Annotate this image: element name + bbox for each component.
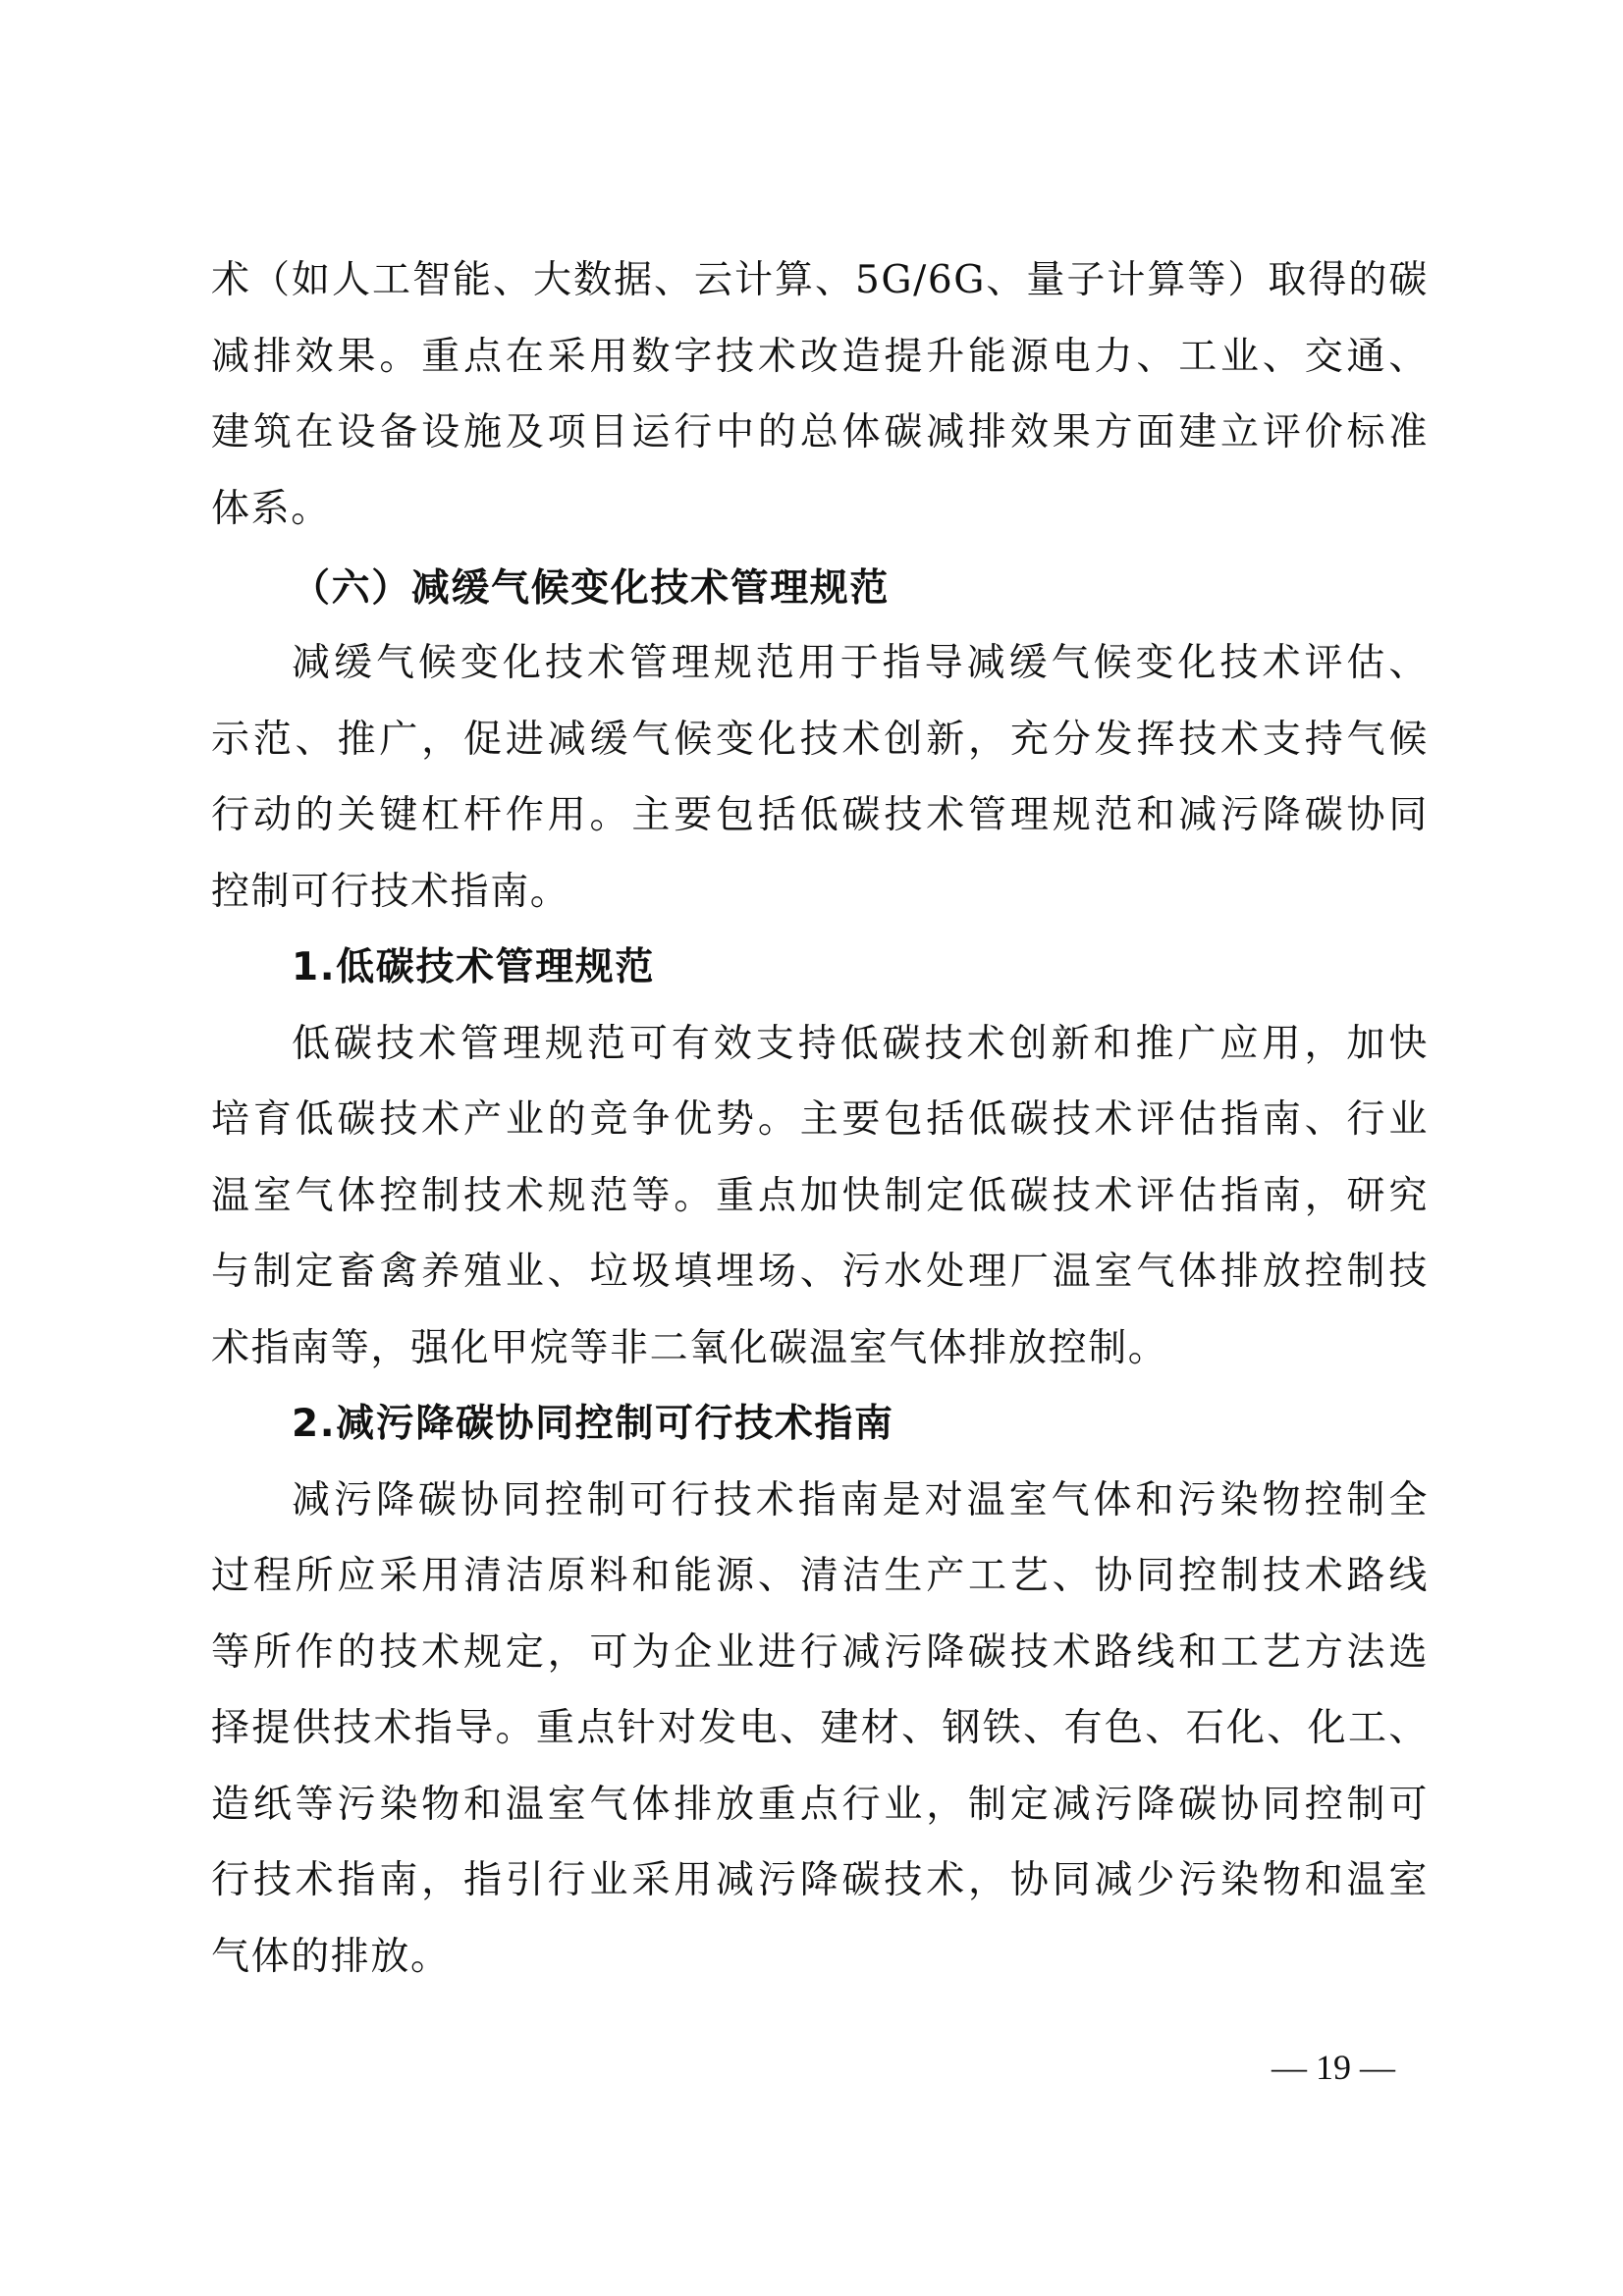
paragraph-line: 培育低碳技术产业的竞争优势。主要包括低碳技术评估指南、行业 <box>211 1091 1429 1149</box>
document-page: 术（如人工智能、大数据、云计算、5G/6G、量子计算等）取得的碳 减排效果。重点… <box>0 0 1623 2296</box>
subsection-heading: 1.低碳技术管理规范 <box>292 938 655 997</box>
paragraph-line: 造纸等污染物和温室气体排放重点行业，制定减污降碳协同控制可 <box>211 1776 1429 1835</box>
paragraph-line: 示范、推广，促进减缓气候变化技术创新，充分发挥技术支持气候 <box>211 711 1429 770</box>
paragraph-line: 择提供技术指导。重点针对发电、建材、钢铁、有色、石化、化工、 <box>211 1699 1429 1758</box>
paragraph-line: 体系。 <box>211 480 1429 539</box>
paragraph-line: 术指南等，强化甲烷等非二氧化碳温室气体排放控制。 <box>211 1319 1429 1378</box>
paragraph-line: 等所作的技术规定，可为企业进行减污降碳技术路线和工艺方法选 <box>211 1624 1429 1682</box>
paragraph-line: 减排效果。重点在采用数字技术改造提升能源电力、工业、交通、 <box>211 328 1429 387</box>
paragraph-line: 减缓气候变化技术管理规范用于指导减缓气候变化技术评估、 <box>292 634 1429 693</box>
paragraph-line: 与制定畜禽养殖业、垃圾填埋场、污水处理厂温室气体排放控制技 <box>211 1243 1429 1302</box>
subsection-heading: 2.减污降碳协同控制可行技术指南 <box>292 1395 894 1454</box>
paragraph-line: 建筑在设备设施及项目运行中的总体碳减排效果方面建立评价标准 <box>211 403 1429 462</box>
paragraph-line: 行技术指南，指引行业采用减污降碳技术，协同减少污染物和温室 <box>211 1851 1429 1910</box>
paragraph-line: 气体的排放。 <box>211 1928 1429 1987</box>
paragraph-line: 控制可行技术指南。 <box>211 863 1429 922</box>
paragraph-line: 温室气体控制技术规范等。重点加快制定低碳技术评估指南，研究 <box>211 1167 1429 1226</box>
page-number: — 19 — <box>1245 2044 1422 2091</box>
paragraph-line: 术（如人工智能、大数据、云计算、5G/6G、量子计算等）取得的碳 <box>211 251 1429 310</box>
section-heading: （六）减缓气候变化技术管理规范 <box>292 560 890 618</box>
paragraph-line: 减污降碳协同控制可行技术指南是对温室气体和污染物控制全 <box>292 1471 1429 1530</box>
paragraph-line: 行动的关键杠杆作用。主要包括低碳技术管理规范和减污降碳协同 <box>211 786 1429 845</box>
paragraph-line: 过程所应采用清洁原料和能源、清洁生产工艺、协同控制技术路线 <box>211 1547 1429 1606</box>
paragraph-line: 低碳技术管理规范可有效支持低碳技术创新和推广应用，加快 <box>292 1015 1429 1074</box>
